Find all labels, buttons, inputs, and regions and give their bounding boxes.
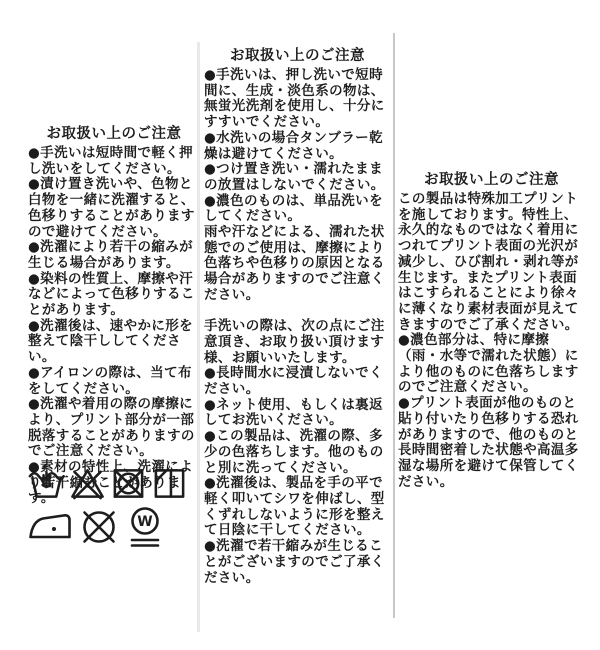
care-column-middle: お取扱い上のご注意 ●手洗いは、押し洗いで短時間に、生成・淡色系の物は、無蛍光洗… <box>204 44 391 586</box>
care-column-left-text: ●手洗いは短時間で軽く押し洗いをしてください。 ●漬け置き洗いや、色物と白物を一… <box>28 146 200 507</box>
wet-clean-letter: W <box>137 514 152 530</box>
care-column-left-title: お取扱い上のご注意 <box>28 122 200 143</box>
do-not-dry-clean-icon <box>78 506 120 548</box>
care-symbols-block: W <box>28 464 198 552</box>
iron-low-heat-icon <box>28 506 72 546</box>
line-dry-in-shade-icon <box>151 464 188 502</box>
care-column-right: お取扱い上のご注意 この製品は特殊加工プリントを施しております。特性上、永久的な… <box>398 168 585 490</box>
label-separator-line <box>393 33 395 618</box>
care-column-right-text: この製品は特殊加工プリントを施しております。特性上、永久的なものではなく着用につ… <box>398 192 585 490</box>
care-column-middle-title: お取扱い上のご注意 <box>204 44 391 65</box>
care-column-left: お取扱い上のご注意 ●手洗いは短時間で軽く押し洗いをしてください。 ●漬け置き洗… <box>28 122 200 507</box>
do-not-tumble-dry-icon <box>110 464 147 502</box>
hand-wash-icon <box>28 464 65 502</box>
care-symbols-row-2: W <box>28 506 198 552</box>
care-column-middle-text: ●手洗いは、押し洗いで短時間に、生成・淡色系の物は、無蛍光洗剤を使用し、十分にす… <box>204 68 391 586</box>
care-label-scan: お取扱い上のご注意 ●手洗いは短時間で軽く押し洗いをしてください。 ●漬け置き洗… <box>0 0 600 650</box>
do-not-bleach-icon <box>69 464 106 502</box>
care-column-right-title: お取扱い上のご注意 <box>398 168 585 189</box>
care-symbols-row-1 <box>28 464 198 502</box>
wet-clean-very-gentle-icon: W <box>126 506 164 552</box>
